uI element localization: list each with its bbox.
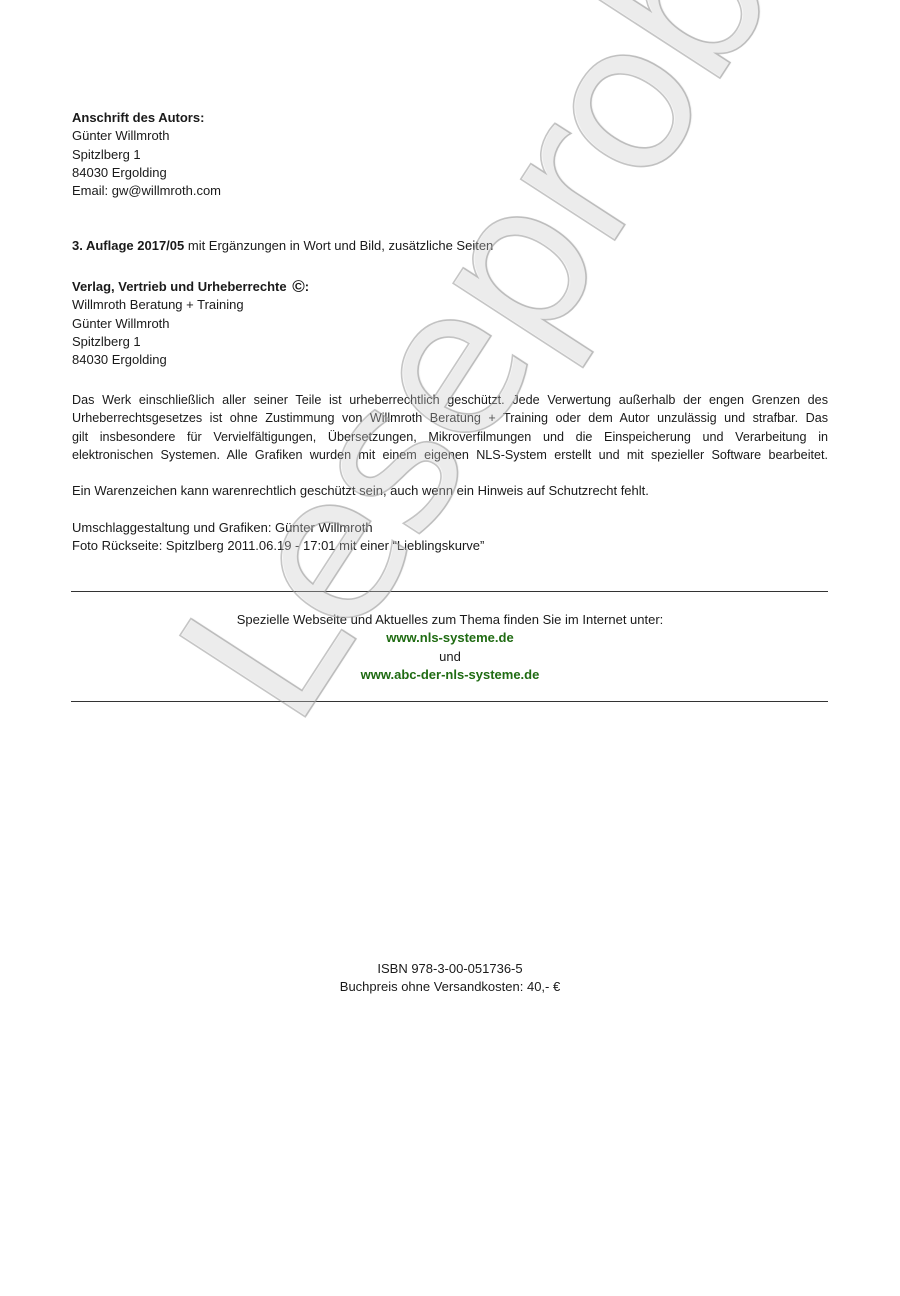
trademark-text: Ein Warenzeichen kann warenrechtlich ges…	[72, 482, 828, 500]
publisher-company: Willmroth Beratung + Training	[72, 296, 828, 314]
author-email: Email: gw@willmroth.com	[72, 182, 828, 200]
publisher-heading-text: Verlag, Vertrieb und Urheberrechte	[72, 279, 290, 294]
author-city: 84030 Ergolding	[72, 164, 828, 182]
web-conjunction: und	[72, 648, 828, 666]
book-info: ISBN 978-3-00-051736-5 Buchpreis ohne Ve…	[300, 960, 600, 996]
photo-credit: Foto Rückseite: Spitzlberg 2011.06.19 - …	[72, 537, 828, 555]
web-intro: Spezielle Webseite und Aktuelles zum The…	[72, 611, 828, 629]
website-link-nls-systeme[interactable]: www.nls-systeme.de	[386, 630, 513, 645]
publisher-city: 84030 Ergolding	[72, 351, 828, 369]
isbn: ISBN 978-3-00-051736-5	[300, 960, 600, 978]
publisher-info: Verlag, Vertrieb und Urheberrechte ©: Wi…	[72, 278, 828, 369]
credits: Umschlaggestaltung und Grafiken: Günter …	[72, 519, 828, 556]
copyright-notice: Das Werk einschließlich aller seiner Tei…	[72, 391, 828, 464]
copyright-line: gilt insbesondere für Vervielfältigungen…	[72, 428, 828, 446]
copyright-line: Urheberrechtsgesetzes ist ohne Zustimmun…	[72, 409, 828, 427]
publisher-heading-suffix: :	[305, 279, 309, 294]
author-address: Anschrift des Autors: Günter Willmroth S…	[72, 109, 828, 200]
publisher-name: Günter Willmroth	[72, 315, 828, 333]
edition-label: 3. Auflage 2017/05	[72, 238, 184, 253]
author-street: Spitzlberg 1	[72, 146, 828, 164]
divider-top	[71, 591, 828, 592]
web-section: Spezielle Webseite und Aktuelles zum The…	[72, 611, 828, 684]
divider-bottom	[71, 701, 828, 702]
document-page: Anschrift des Autors: Günter Willmroth S…	[0, 0, 900, 1296]
author-name: Günter Willmroth	[72, 127, 828, 145]
author-address-heading: Anschrift des Autors:	[72, 109, 828, 127]
copyright-line: elektronischen Systemen. Alle Grafiken w…	[72, 446, 828, 464]
edition-info: 3. Auflage 2017/05 mit Ergänzungen in Wo…	[72, 237, 828, 255]
publisher-street: Spitzlberg 1	[72, 333, 828, 351]
publisher-heading: Verlag, Vertrieb und Urheberrechte ©:	[72, 278, 828, 296]
trademark-note: Ein Warenzeichen kann warenrechtlich ges…	[72, 482, 828, 500]
edition-description: mit Ergänzungen in Wort und Bild, zusätz…	[184, 238, 493, 253]
website-link-abc-der-nls-systeme[interactable]: www.abc-der-nls-systeme.de	[361, 667, 540, 682]
book-price: Buchpreis ohne Versandkosten: 40,- €	[300, 978, 600, 996]
copyright-icon: ©	[292, 277, 305, 296]
copyright-line: Das Werk einschließlich aller seiner Tei…	[72, 391, 828, 409]
cover-credit: Umschlaggestaltung und Grafiken: Günter …	[72, 519, 828, 537]
